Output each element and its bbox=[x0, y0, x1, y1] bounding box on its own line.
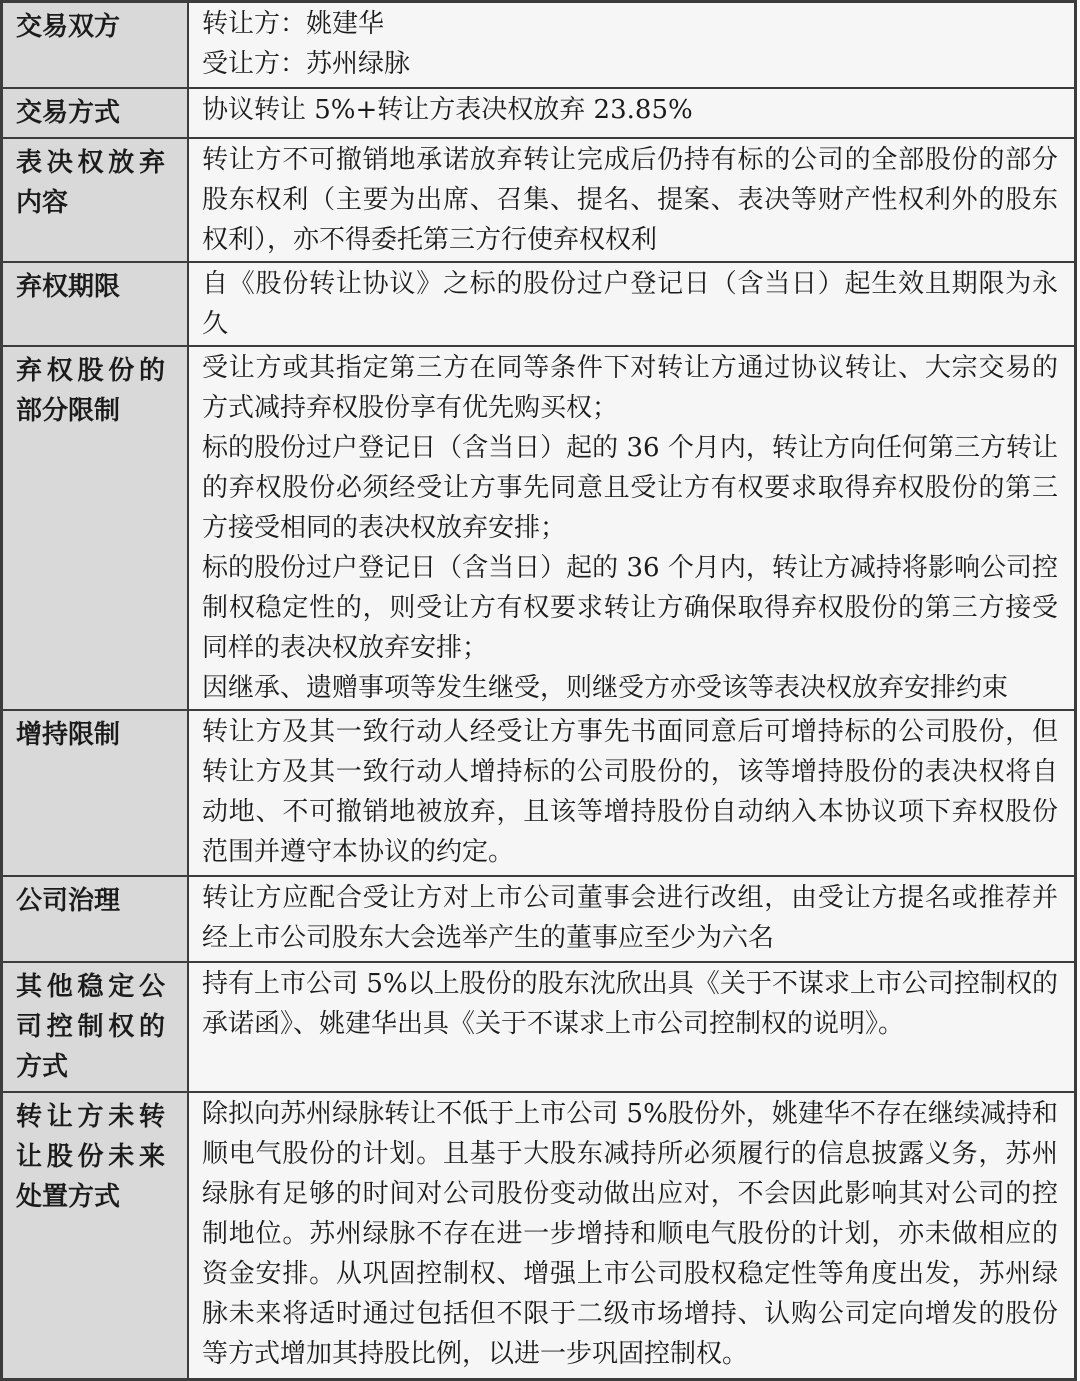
row-content-transaction-method: 协议转让 5%+转让方表决权放弃 23.85% bbox=[189, 89, 1074, 137]
table-row: 弃权股份的部分限制 受让方或其指定第三方在同等条件下对转让方通过协议转让、大宗交… bbox=[3, 345, 1074, 709]
share-transfer-terms-table: 交易双方 转让方：姚建华 受让方：苏州绿脉 交易方式 协议转让 5%+转让方表决… bbox=[0, 0, 1077, 1381]
row-header-future-disposal-of-untransferred-shares: 转让方未转让股份未来处置方式 bbox=[3, 1093, 189, 1378]
table-row: 弃权期限 自《股份转让协议》之标的股份过户登记日（含当日）起生效且期限为永久 bbox=[3, 261, 1074, 345]
row-content-other-control-stabilization-methods: 持有上市公司 5%以上股份的股东沈欣出具《关于不谋求上市公司控制权的承诺函》、姚… bbox=[189, 963, 1074, 1091]
row-header-other-control-stabilization-methods: 其他稳定公司控制权的方式 bbox=[3, 963, 189, 1091]
paragraph: 受让方或其指定第三方在同等条件下对转让方通过协议转让、大宗交易的方式减持弃权股份… bbox=[202, 348, 1058, 428]
row-header-waiver-period: 弃权期限 bbox=[3, 263, 189, 345]
table-row: 其他稳定公司控制权的方式 持有上市公司 5%以上股份的股东沈欣出具《关于不谋求上… bbox=[3, 961, 1074, 1091]
transferor-line: 转让方：姚建华 bbox=[202, 4, 1058, 44]
row-content-corporate-governance: 转让方应配合受让方对上市公司董事会进行改组，由受让方提名或推荐并经上市公司股东大… bbox=[189, 877, 1074, 961]
paragraph: 转让方应配合受让方对上市公司董事会进行改组，由受让方提名或推荐并经上市公司股东大… bbox=[202, 878, 1058, 958]
table-row: 转让方未转让股份未来处置方式 除拟向苏州绿脉转让不低于上市公司 5%股份外，姚建… bbox=[3, 1091, 1074, 1378]
paragraph: 标的股份过户登记日（含当日）起的 36 个月内，转让方减持将影响公司控制权稳定性… bbox=[202, 548, 1058, 668]
paragraph: 自《股份转让协议》之标的股份过户登记日（含当日）起生效且期限为永久 bbox=[202, 264, 1058, 344]
row-header-voting-rights-waiver-content: 表决权放弃内容 bbox=[3, 139, 189, 261]
row-content-shareholding-increase-restriction: 转让方及其一致行动人经受让方事先书面同意后可增持标的公司股份，但转让方及其一致行… bbox=[189, 711, 1074, 875]
table-row: 公司治理 转让方应配合受让方对上市公司董事会进行改组，由受让方提名或推荐并经上市… bbox=[3, 875, 1074, 961]
paragraph: 因继承、遗赠事项等发生继受，则继受方亦受该等表决权放弃安排约束 bbox=[202, 668, 1058, 708]
row-content-future-disposal-of-untransferred-shares: 除拟向苏州绿脉转让不低于上市公司 5%股份外，姚建华不存在继续减持和顺电气股份的… bbox=[189, 1093, 1074, 1378]
row-header-transaction-method: 交易方式 bbox=[3, 89, 189, 137]
row-header-transaction-parties: 交易双方 bbox=[3, 3, 189, 87]
paragraph: 标的股份过户登记日（含当日）起的 36 个月内，转让方向任何第三方转让的弃权股份… bbox=[202, 428, 1058, 548]
row-content-voting-rights-waiver-content: 转让方不可撤销地承诺放弃转让完成后仍持有标的公司的全部股份的部分股东权利（主要为… bbox=[189, 139, 1074, 261]
paragraph: 转让方不可撤销地承诺放弃转让完成后仍持有标的公司的全部股份的部分股东权利（主要为… bbox=[202, 140, 1058, 260]
table-row: 表决权放弃内容 转让方不可撤销地承诺放弃转让完成后仍持有标的公司的全部股份的部分… bbox=[3, 137, 1074, 261]
table-row: 增持限制 转让方及其一致行动人经受让方事先书面同意后可增持标的公司股份，但转让方… bbox=[3, 709, 1074, 875]
row-content-waived-shares-restrictions: 受让方或其指定第三方在同等条件下对转让方通过协议转让、大宗交易的方式减持弃权股份… bbox=[189, 347, 1074, 709]
paragraph: 转让方及其一致行动人经受让方事先书面同意后可增持标的公司股份，但转让方及其一致行… bbox=[202, 712, 1058, 872]
table-row: 交易方式 协议转让 5%+转让方表决权放弃 23.85% bbox=[3, 87, 1074, 137]
row-header-corporate-governance: 公司治理 bbox=[3, 877, 189, 961]
table-row: 交易双方 转让方：姚建华 受让方：苏州绿脉 bbox=[3, 3, 1074, 87]
row-content-transaction-parties: 转让方：姚建华 受让方：苏州绿脉 bbox=[189, 3, 1074, 87]
row-header-waived-shares-restrictions: 弃权股份的部分限制 bbox=[3, 347, 189, 709]
transferee-line: 受让方：苏州绿脉 bbox=[202, 44, 1058, 84]
paragraph: 协议转让 5%+转让方表决权放弃 23.85% bbox=[202, 90, 1058, 130]
row-content-waiver-period: 自《股份转让协议》之标的股份过户登记日（含当日）起生效且期限为永久 bbox=[189, 263, 1074, 345]
row-header-shareholding-increase-restriction: 增持限制 bbox=[3, 711, 189, 875]
paragraph: 除拟向苏州绿脉转让不低于上市公司 5%股份外，姚建华不存在继续减持和顺电气股份的… bbox=[202, 1094, 1058, 1374]
paragraph: 持有上市公司 5%以上股份的股东沈欣出具《关于不谋求上市公司控制权的承诺函》、姚… bbox=[202, 964, 1058, 1044]
